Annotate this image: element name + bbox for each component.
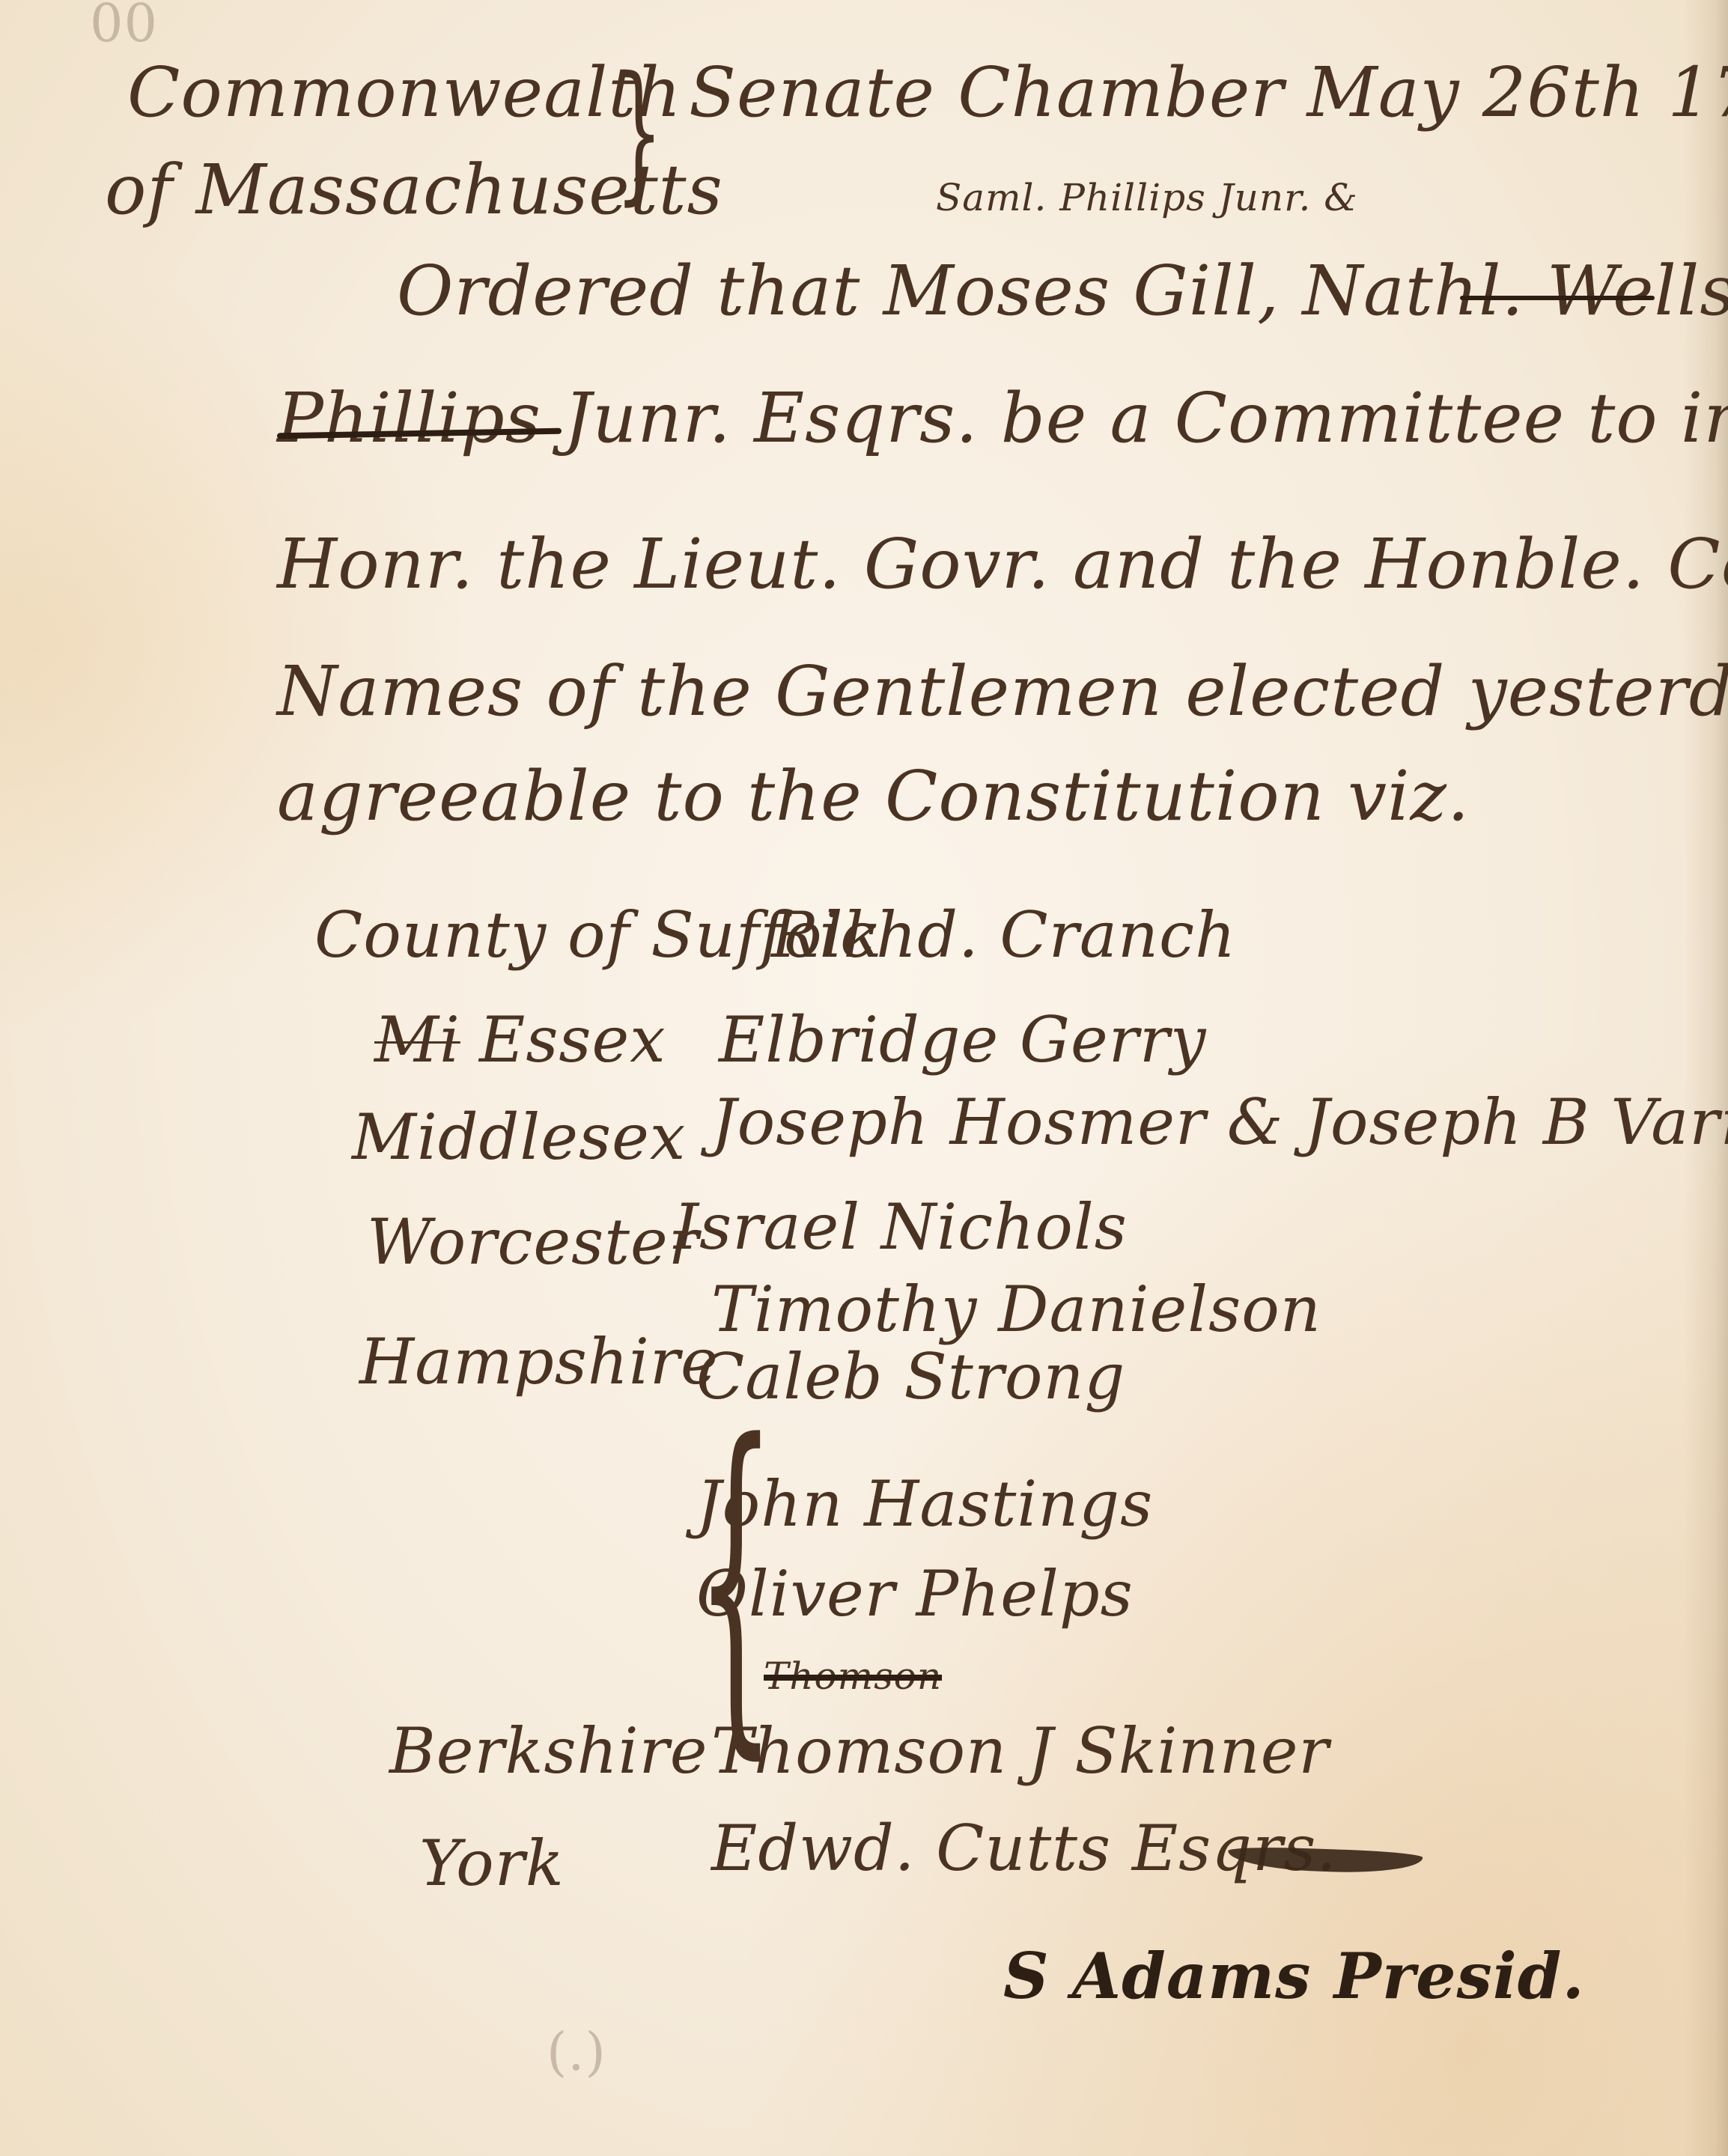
senator-gerry: Elbridge Gerry: [719, 1003, 1207, 1077]
header-brace: }: [615, 45, 663, 219]
body-line-3: Honr. the Lieut. Govr. and the Honble. C…: [277, 524, 1728, 604]
body-line-2: Phillips Junr. Esqrs. be a Committee to …: [277, 378, 1728, 458]
body-line-1: Ordered that Moses Gill, Nathl. Wells & …: [397, 251, 1728, 331]
senator-cranch: Richd. Cranch: [771, 898, 1236, 972]
county-hampshire: Hampshire: [359, 1325, 719, 1398]
county-middlesex: Middlesex: [352, 1100, 686, 1174]
manuscript-page: 00 (.) Commonwealth of Massachusetts } S…: [0, 0, 1728, 2156]
pencil-mark-bottom: (.): [547, 2021, 606, 2083]
struck-prefix-essex: Mi: [374, 1003, 460, 1077]
header-senate-chamber-date: Senate Chamber May 26th 1785: [689, 52, 1728, 133]
struck-thomson: Thomson: [764, 1654, 942, 1698]
pencil-mark-top: 00: [90, 0, 158, 54]
senator-danielson: Timothy Danielson: [711, 1273, 1321, 1346]
signature-s-adams: S Adams Presid.: [1003, 1939, 1585, 2013]
senator-nichols: Israel Nichols: [674, 1190, 1128, 1264]
county-berkshire: Berkshire: [389, 1714, 708, 1788]
county-essex: Essex: [479, 1003, 666, 1077]
senator-skinner: Thomson J Skinner: [711, 1714, 1330, 1788]
insertion-phillips: Saml. Phillips Junr. &: [936, 176, 1358, 219]
county-york: York: [419, 1827, 565, 1900]
header-commonwealth: Commonwealth: [127, 52, 682, 133]
body-line-4: Names of the Gentlemen elected yesterday…: [277, 651, 1728, 731]
county-worcester: Worcester: [367, 1205, 699, 1279]
body-line-5: agreeable to the Constitution viz.: [277, 756, 1470, 836]
senator-hastings: John Hastings: [696, 1467, 1153, 1541]
senator-hosmer-varnum: Joseph Hosmer & Joseph B Varnum: [711, 1085, 1728, 1159]
strike-saml: [1460, 296, 1655, 300]
senator-phelps: Oliver Phelps: [696, 1557, 1134, 1630]
